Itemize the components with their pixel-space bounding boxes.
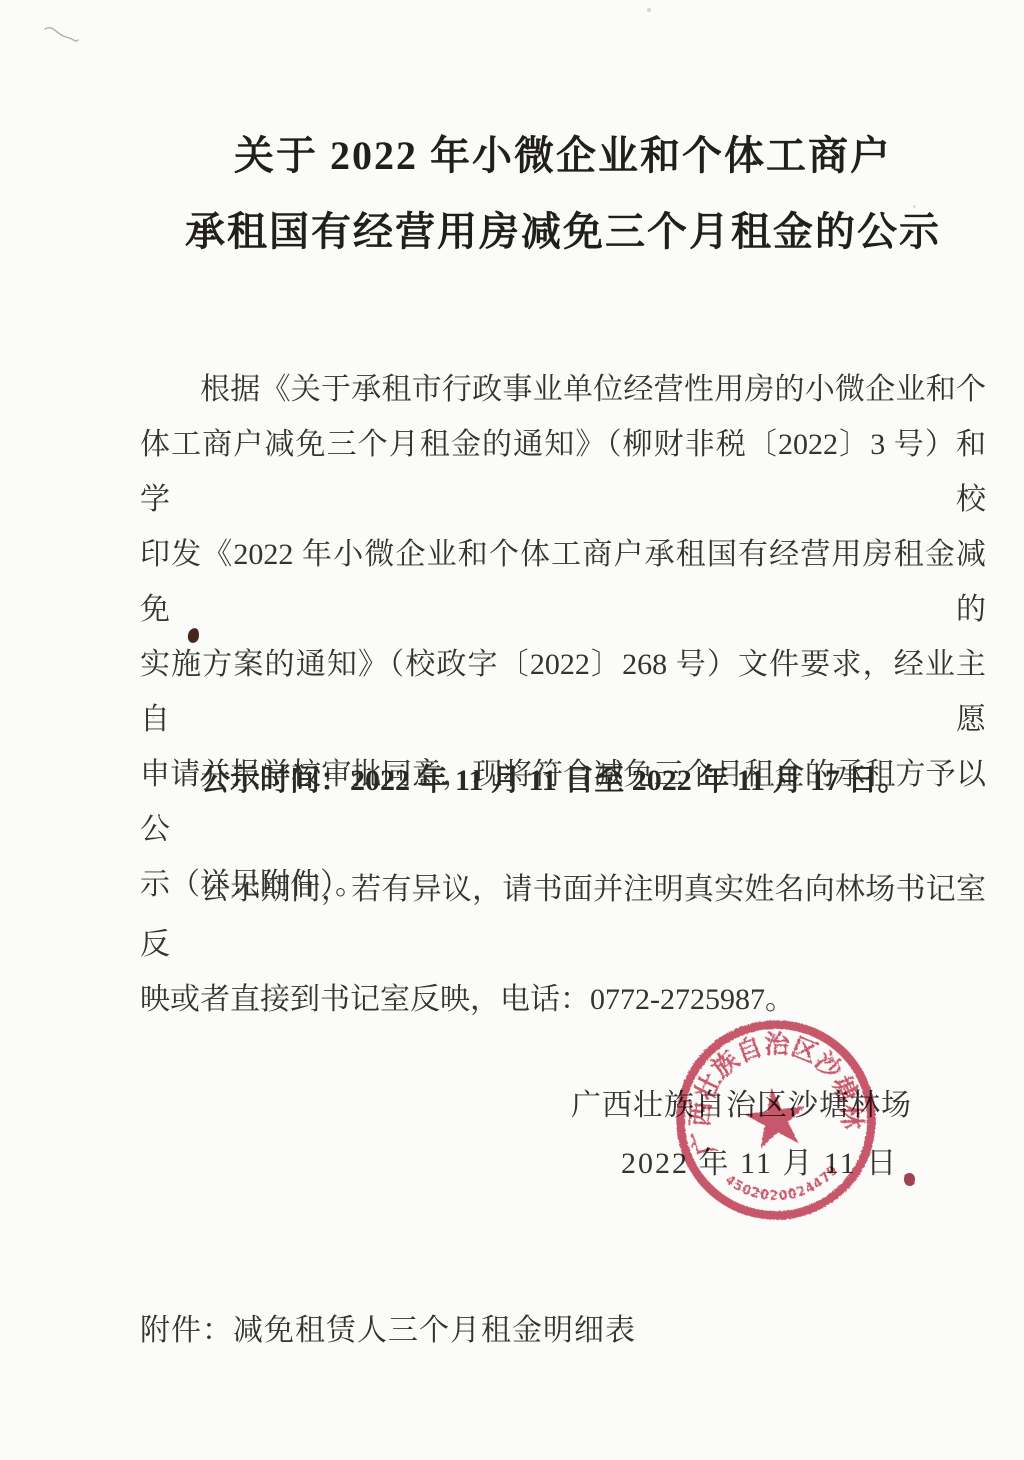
paragraph-line: 印发《2022 年小微企业和个体工商户承租国有经营用房租金减免的 [140,527,986,637]
scanned-notice-document: 关于 2022 年小微企业和个体工商户 承租国有经营用房减免三个月租金的公示 根… [0,0,1024,1460]
red-speck-artifact [904,1173,915,1186]
paragraph-line: 实施方案的通知》（校政字〔2022〕268 号）文件要求，经业主自愿 [140,637,986,747]
notice-period-line: 公示时间：2022 年 11 月 11 日至 2022 年 11 月 17 日。 [140,753,986,808]
official-seal: 广西壮族自治区沙塘林场 4502020024479 [671,1015,881,1225]
scan-speck [647,8,651,12]
scan-squiggle-artifact [44,24,80,46]
paragraph-line: 根据《关于承租市行政事业单位经营性用房的小微企业和个 [140,362,986,417]
svg-text:广西壮族自治区沙塘林场: 广西壮族自治区沙塘林场 [671,1015,870,1163]
paragraph-basis: 根据《关于承租市行政事业单位经营性用房的小微企业和个 体工商户减免三个月租金的通… [140,362,986,912]
attachment-note: 附件：减免租赁人三个月租金明细表 [140,1312,986,1350]
paragraph-objection: 公示期间，若有异议，请书面并注明真实姓名向林场书记室反 映或者直接到书记室反映，… [140,862,986,1027]
seal-star-icon [741,1084,810,1151]
seal-arc-text: 广西壮族自治区沙塘林场 [671,1015,870,1163]
notice-period: 公示时间：2022 年 11 月 11 日至 2022 年 11 月 17 日。 [140,753,986,808]
paragraph-line: 公示期间，若有异议，请书面并注明真实姓名向林场书记室反 [140,862,986,972]
document-title: 关于 2022 年小微企业和个体工商户 承租国有经营用房减免三个月租金的公示 [140,118,986,270]
title-line-2: 承租国有经营用房减免三个月租金的公示 [140,194,986,270]
paragraph-line: 体工商户减免三个月租金的通知》（柳财非税〔2022〕3 号）和学校 [140,417,986,527]
title-line-1: 关于 2022 年小微企业和个体工商户 [140,118,986,194]
